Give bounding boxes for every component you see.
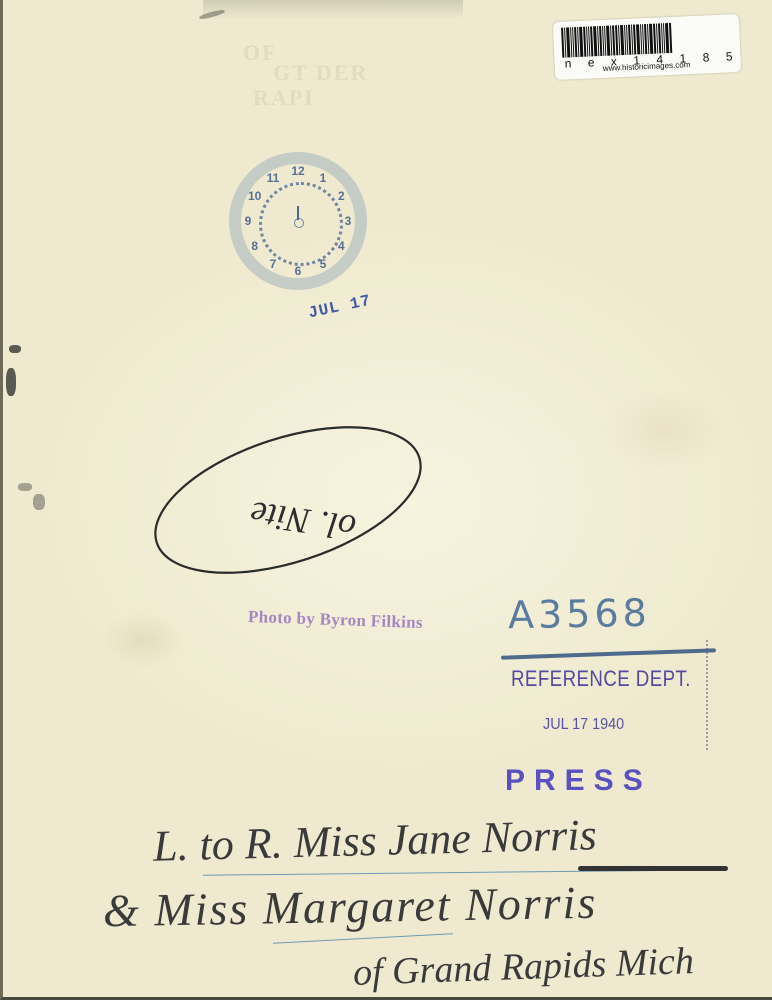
barcode-digit: e xyxy=(587,55,594,69)
ink-smudge xyxy=(9,345,21,353)
photo-back-page: OF GT DER RAPI nex14185 www.historicimag… xyxy=(0,0,772,1000)
ink-smudge xyxy=(6,368,16,396)
receipt-date-stamp: JUL 17 xyxy=(307,292,373,323)
reference-date-stamp: JUL 17 1940 xyxy=(543,716,624,734)
bleed-through-text: RAPI xyxy=(253,85,315,111)
clock-number: 12 xyxy=(291,164,304,178)
reference-underline xyxy=(501,648,716,660)
clock-number: 5 xyxy=(320,257,327,271)
stamp-border xyxy=(706,640,708,750)
clock-number: 10 xyxy=(248,189,261,203)
caption-line-1: L. to R. Miss Jane Norris xyxy=(152,809,597,872)
barcode-digit: 5 xyxy=(725,49,732,63)
ink-smudge xyxy=(33,494,45,510)
top-edge-shadow xyxy=(203,0,463,20)
barcode-digit: n xyxy=(564,56,571,70)
ink-smudge xyxy=(18,483,32,491)
clock-number: 4 xyxy=(338,239,345,253)
barcode-label: nex14185 www.historicimages.com xyxy=(553,14,741,80)
barcode-digit: 8 xyxy=(702,50,709,64)
clock-number: 9 xyxy=(245,214,252,228)
reference-number: A3568 xyxy=(508,591,651,637)
reference-dept-stamp: REFERENCE DEPT. xyxy=(511,666,691,692)
clock-center xyxy=(294,218,304,228)
clock-number: 6 xyxy=(295,264,302,278)
caption-line-2: & Miss Margaret Norris xyxy=(103,876,598,938)
pencil-guide-line xyxy=(273,933,453,943)
photo-credit-stamp: Photo by Byron Filkins xyxy=(248,607,424,633)
clock-number: 3 xyxy=(345,214,352,228)
clock-number: 8 xyxy=(251,239,258,253)
caption-line-3: of Grand Rapids Mich xyxy=(352,939,694,995)
clock-number: 2 xyxy=(338,189,345,203)
press-stamp: PRESS xyxy=(505,764,652,798)
caption-underline xyxy=(578,866,728,871)
clock-number: 7 xyxy=(270,257,277,271)
clock-stamp-icon: 121234567891011 xyxy=(229,152,367,290)
clock-number: 1 xyxy=(320,171,327,185)
bleed-through-text: GT DER xyxy=(273,60,368,86)
clock-number: 11 xyxy=(267,171,280,185)
